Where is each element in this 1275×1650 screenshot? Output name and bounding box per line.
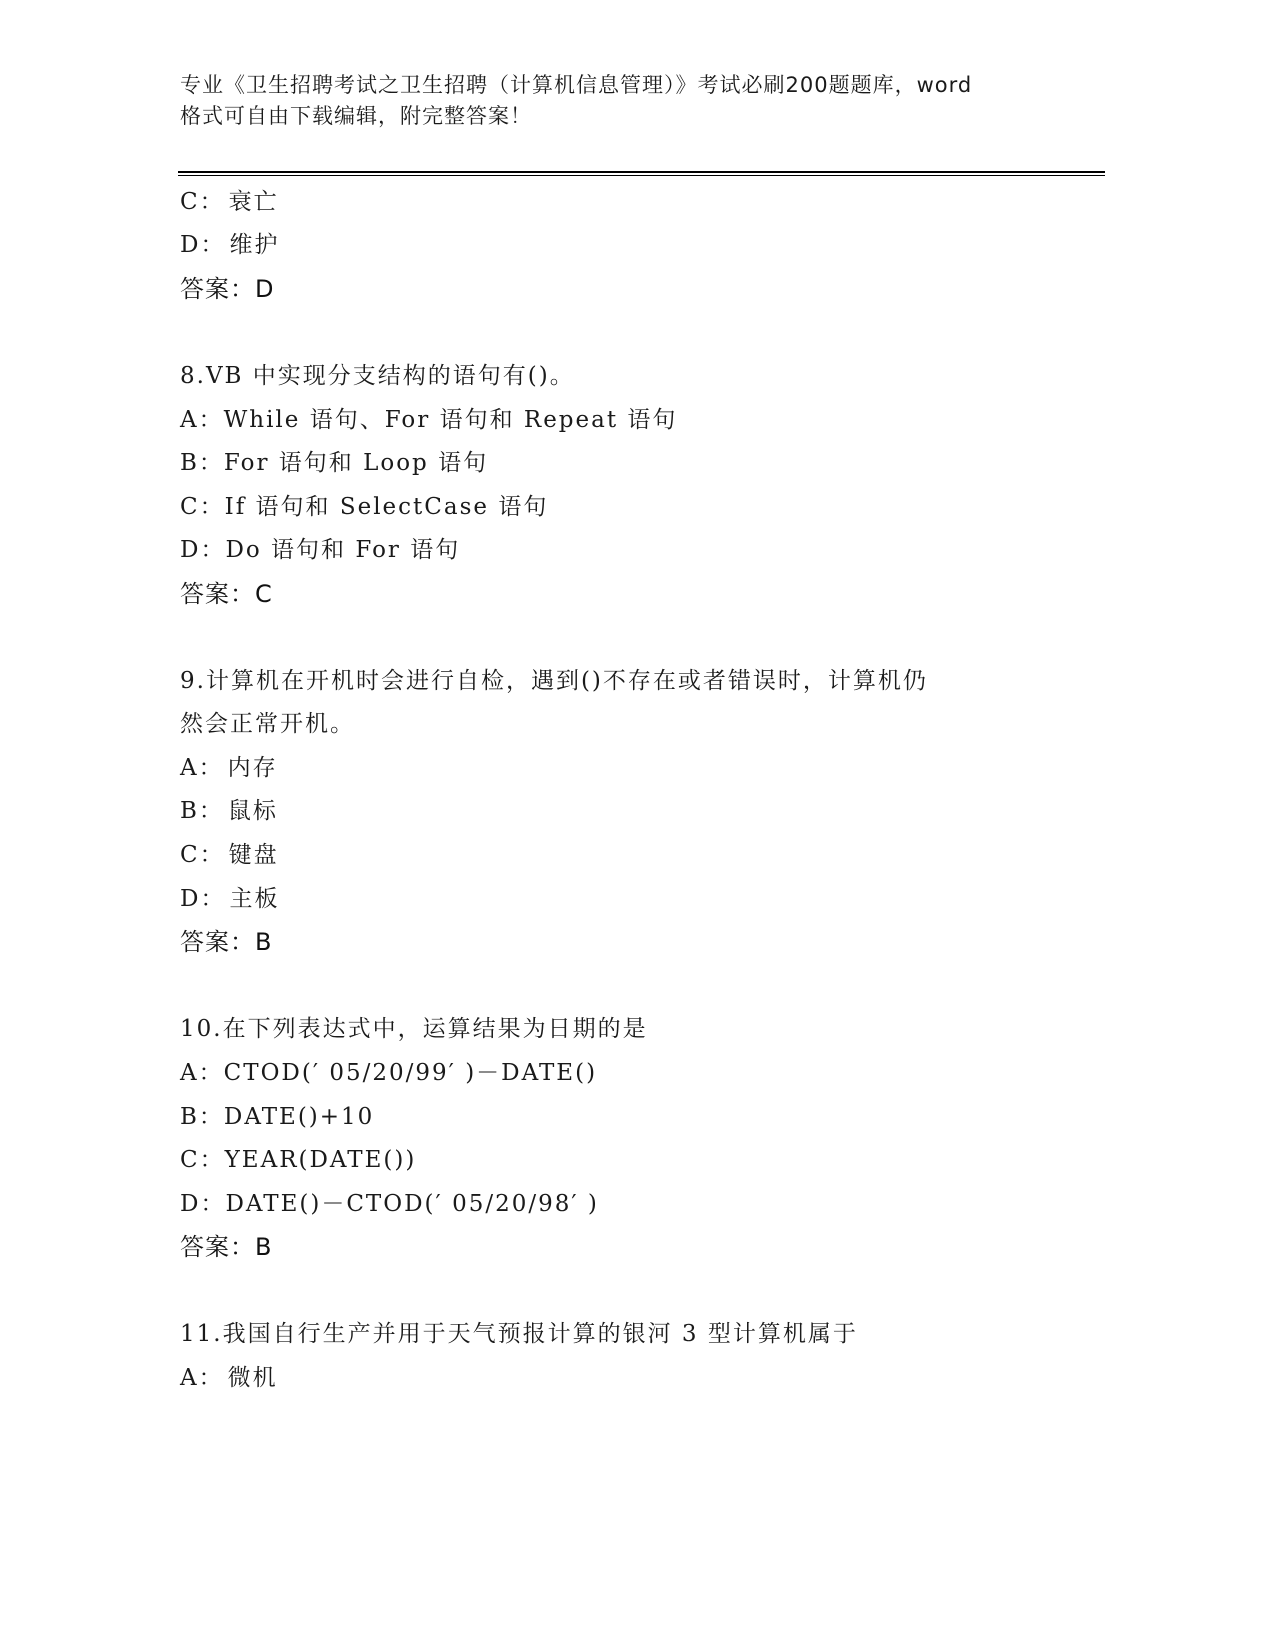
option-text: While 语句、For 语句和 Repeat 语句 bbox=[224, 407, 678, 433]
option-text: If 语句和 SelectCase 语句 bbox=[225, 494, 549, 520]
option-text: 衰亡 bbox=[229, 189, 279, 215]
option-label: A： bbox=[180, 1365, 224, 1391]
option-text: DATE()－CTOD(′ 05/20/98′ ) bbox=[225, 1191, 598, 1217]
question-8-option-a: A：While 语句、For 语句和 Repeat 语句 bbox=[180, 405, 677, 435]
option-text: For 语句和 Loop 语句 bbox=[224, 450, 488, 476]
question-11-stem: 11.我国自行生产并用于天气预报计算的银河 3 型计算机属于 bbox=[180, 1319, 858, 1349]
header-divider-top bbox=[178, 171, 1105, 173]
option-label: C： bbox=[180, 842, 225, 868]
option-label: B： bbox=[180, 1104, 224, 1130]
question-9-option-d: D：主板 bbox=[180, 884, 279, 914]
option-label: A： bbox=[180, 1060, 224, 1086]
option-label: C： bbox=[180, 494, 225, 520]
question-8-option-b: B：For 语句和 Loop 语句 bbox=[180, 448, 488, 478]
question-9-option-a: A：内存 bbox=[180, 753, 278, 783]
option-text: 内存 bbox=[228, 755, 278, 781]
question-8-stem: 8.VB 中实现分支结构的语句有()。 bbox=[180, 361, 575, 391]
question-10-option-a: A：CTOD(′ 05/20/99′ )－DATE() bbox=[180, 1058, 597, 1088]
question-9-stem-line-2: 然会正常开机。 bbox=[180, 709, 355, 739]
option-c: C：衰亡 bbox=[180, 187, 279, 217]
option-label: A： bbox=[180, 407, 224, 433]
option-text: 鼠标 bbox=[228, 798, 278, 824]
question-9-option-b: B：鼠标 bbox=[180, 796, 278, 826]
question-10-answer: 答案：B bbox=[180, 1232, 272, 1262]
question-10-option-c: C：YEAR(DATE()) bbox=[180, 1145, 416, 1175]
option-label: C： bbox=[180, 1147, 225, 1173]
question-10-option-b: B：DATE()+10 bbox=[180, 1102, 374, 1132]
question-8-answer: 答案：C bbox=[180, 579, 273, 609]
question-11-option-a: A：微机 bbox=[180, 1363, 278, 1393]
option-label: A： bbox=[180, 755, 224, 781]
header-line-1: 专业《卫生招聘考试之卫生招聘（计算机信息管理）》考试必刷200题题库，word bbox=[180, 70, 1080, 101]
option-text: 主板 bbox=[229, 886, 279, 912]
option-label: D： bbox=[180, 537, 225, 563]
option-label: D： bbox=[180, 1191, 225, 1217]
option-d: D：维护 bbox=[180, 230, 279, 260]
header-divider-bottom bbox=[178, 175, 1105, 176]
question-10-stem: 10.在下列表达式中，运算结果为日期的是 bbox=[180, 1014, 648, 1044]
option-text: 键盘 bbox=[229, 842, 279, 868]
option-text: YEAR(DATE()) bbox=[225, 1147, 417, 1173]
option-label: C： bbox=[180, 189, 225, 215]
option-text: DATE()+10 bbox=[224, 1104, 374, 1130]
question-9-answer: 答案：B bbox=[180, 927, 272, 957]
option-text: Do 语句和 For 语句 bbox=[225, 537, 460, 563]
question-8-option-c: C：If 语句和 SelectCase 语句 bbox=[180, 492, 548, 522]
option-text: CTOD(′ 05/20/99′ )－DATE() bbox=[224, 1060, 597, 1086]
answer-line: 答案：D bbox=[180, 274, 274, 304]
option-label: D： bbox=[180, 232, 225, 258]
document-header: 专业《卫生招聘考试之卫生招聘（计算机信息管理）》考试必刷200题题库，word … bbox=[180, 70, 1080, 132]
option-label: D： bbox=[180, 886, 225, 912]
question-9-stem-line-1: 9.计算机在开机时会进行自检，遇到()不存在或者错误时，计算机仍 bbox=[180, 666, 928, 696]
option-label: B： bbox=[180, 798, 224, 824]
question-9-option-c: C：键盘 bbox=[180, 840, 279, 870]
question-10-option-d: D：DATE()－CTOD(′ 05/20/98′ ) bbox=[180, 1189, 599, 1219]
header-line-2: 格式可自由下载编辑，附完整答案！ bbox=[180, 101, 1080, 132]
option-text: 微机 bbox=[228, 1365, 278, 1391]
option-text: 维护 bbox=[229, 232, 279, 258]
question-8-option-d: D：Do 语句和 For 语句 bbox=[180, 535, 460, 565]
option-label: B： bbox=[180, 450, 224, 476]
